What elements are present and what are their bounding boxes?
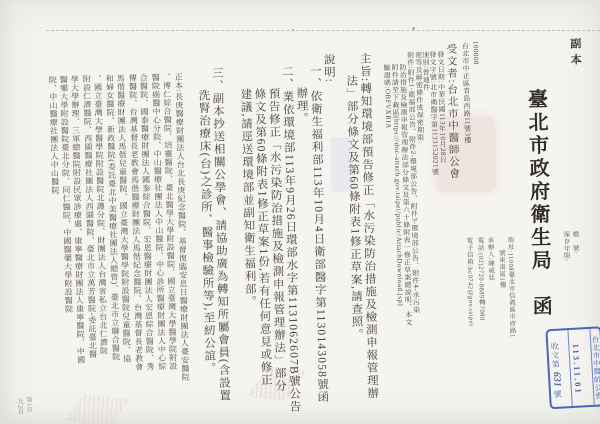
recipient-zip: 100008 <box>471 41 479 65</box>
copy-marker: 副本 <box>568 38 580 70</box>
page-content: 檔 號: 保存年限: 副本 臺北市政府衛生局 函 地址:11008臺北市信義區市… <box>0 0 600 424</box>
recipient-line: 受文者:台北市中醫師公會 <box>445 43 459 180</box>
hatch-mark <box>65 394 130 424</box>
attachment-line-4: 驗證碼:OBFVXRIA <box>383 64 392 129</box>
explanation-heading: 說明: <box>322 53 335 83</box>
recipient-address: 台北市中正區青島西路11號3樓 <box>461 42 471 144</box>
stamp-receive-value: 631 <box>551 371 563 387</box>
scanned-official-letter: 檔 號: 保存年限: 副本 臺北市政府衛生局 函 地址:11008臺北市信義區市… <box>0 0 600 424</box>
file-number-label: 檔 號: <box>570 231 577 254</box>
receiving-stamp: 台北市中醫師公會 113.11.01 收文第 631 號 <box>545 326 600 409</box>
footer-page-number: 第1頁 <box>24 396 31 412</box>
stamp-receive-number: 收文第 631 號 <box>547 331 563 408</box>
document-title: 臺北市政府衛生局 函 <box>524 88 550 318</box>
sender-phone: 電話:(02)2720-8889轉7080 <box>476 237 485 321</box>
sender-email: 電子信箱:bc0742@gov.taipei <box>465 237 474 326</box>
retention-period-label: 保存年限: <box>562 231 569 261</box>
stamp-organization: 台北市中醫師公會 <box>589 328 600 404</box>
sender-address-line2: 號東南區1樓 <box>497 249 505 288</box>
stamp-receive-suffix: 號 <box>553 389 563 399</box>
stamp-receive-prefix: 收文第 <box>550 341 561 368</box>
footer-page-total: 共2頁 <box>15 398 22 414</box>
explanation-item1-line2: 辦理。 <box>295 87 308 125</box>
sender-address-line1: 地址:11008臺北市信義區市府路1 <box>506 236 515 338</box>
recipient-list-column: 院、中山醫療社團法人中山醫院 <box>48 75 59 194</box>
sender-contact: 承辦人:陳威廷 <box>486 237 494 281</box>
explanation-item1-line1: 一、依衛生福利部113年10月4日衛部醫字第1130143058號函 <box>309 64 329 403</box>
stamp-date: 113.11.01 <box>567 329 585 406</box>
subject-line-1: 主旨:轉知環境部預告修正「水污染防治措施及檢測申報管理辦 <box>358 52 378 399</box>
